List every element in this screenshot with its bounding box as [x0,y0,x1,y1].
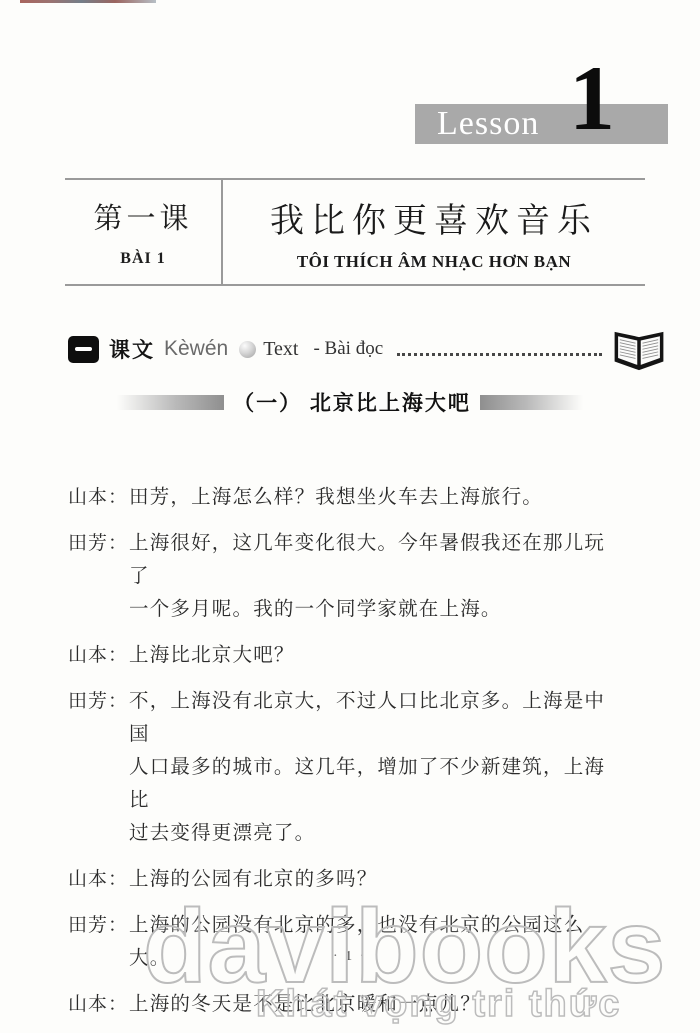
open-book-icon [612,328,666,374]
section-header: 课文 Kèwén Text - Bài đọc [68,326,666,372]
dialogue-line: 一个多月呢。我的一个同学家就在上海。 [129,593,616,626]
title-left-cell: 第一课 BÀI 1 [65,180,223,284]
dialogue-paragraph: 田芳：上海很好，这几年变化很大。今年暑假我还在那儿玩了一个多月呢。我的一个同学家… [68,527,616,626]
sphere-icon [239,341,256,358]
scan-edge-mark [20,0,156,3]
lesson-title-zh: 我比你更喜欢音乐 [270,193,598,242]
gradient-bar-left [117,395,224,410]
dialogue-subtitle: （一） 北京比上海大吧 [233,387,471,417]
title-block: 第一课 BÀI 1 我比你更喜欢音乐 TÔI THÍCH ÂM NHẠC HƠN… [65,178,645,286]
dialogue-paragraph: 山本：田芳，上海怎么样？我想坐火车去上海旅行。 [68,481,616,514]
speaker-label: 田芳： [68,909,129,975]
dialogue-line: 上海比北京大吧？ [129,639,616,672]
speaker-label: 山本： [68,481,129,514]
gradient-bar-right [480,395,583,410]
lesson-title-zh-short: 第一课 [93,196,192,237]
speaker-label: 山本： [68,639,129,672]
title-right-cell: 我比你更喜欢音乐 TÔI THÍCH ÂM NHẠC HƠN BẠN [223,180,645,284]
speaker-label: 田芳： [68,527,129,626]
lesson-label: Lesson [437,105,539,143]
dialogue-paragraph: 山本：上海比北京大吧？ [68,639,616,672]
lesson-title-vi-short: BÀI 1 [120,250,165,268]
lesson-banner: Lesson [415,104,668,144]
dotted-leader [397,353,602,356]
subtitle-row: （一） 北京比上海大吧 [0,391,700,413]
dialogue-paragraph: 田芳：不，上海没有北京大，不过人口比北京多。上海是中国人口最多的城市。这几年，增… [68,685,616,850]
dash-glyph [75,347,92,351]
dialogue-line: 人口最多的城市。这几年，增加了不少新建筑，上海比 [129,751,616,817]
lesson-number: 1 [569,52,615,144]
speaker-label: 山本： [68,988,129,1021]
watermark-slogan: Khát vọng tri thức [256,985,621,1023]
dialogue-line: 过去变得更漂亮了。 [129,817,616,850]
section-index-badge [68,336,99,363]
section-label-en: Text [263,338,298,361]
dialogue-line: 上海很好，这几年变化很大。今年暑假我还在那儿玩了 [129,527,616,593]
dialogue-line: 不，上海没有北京大，不过人口比北京多。上海是中国 [129,685,616,751]
speaker-label: 田芳： [68,685,129,850]
section-label-vi: - Bài đọc [313,338,383,360]
dialogue-line: 田芳，上海怎么样？我想坐火车去上海旅行。 [129,481,616,514]
lesson-title-vi: TÔI THÍCH ÂM NHẠC HƠN BẠN [297,252,571,272]
section-label-zh: 课文 [109,334,155,364]
speaker-label: 山本： [68,863,129,896]
section-label-pinyin: Kèwén [164,337,228,361]
